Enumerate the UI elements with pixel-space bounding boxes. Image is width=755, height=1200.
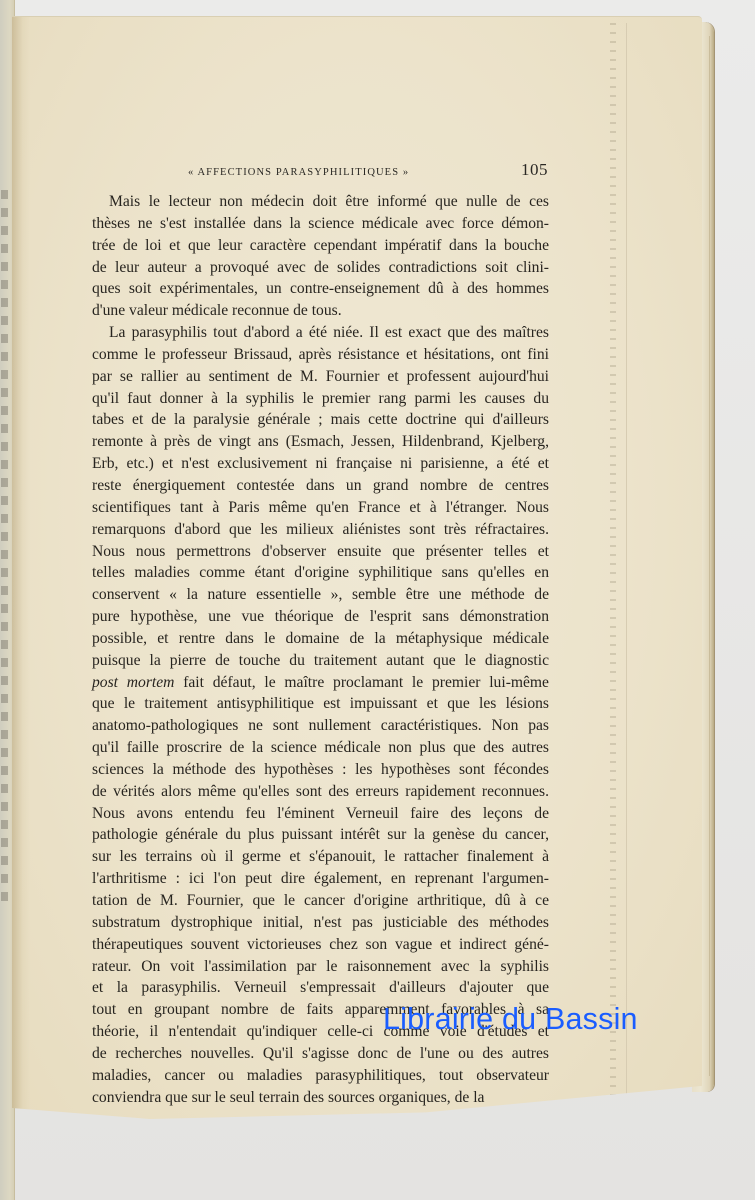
text-line: ques soit expérimentales, un contre-ense… — [92, 278, 549, 300]
text-line: pure hypothèse, une vue théorique de l'e… — [92, 606, 549, 628]
text-line: Nous nous permettrons d'observer ensuite… — [92, 541, 549, 563]
paragraph: Mais le lecteur non médecin doit être in… — [92, 191, 549, 322]
gutter-shadow — [12, 17, 30, 1119]
text-line: telles maladies comme étant d'origine sy… — [92, 562, 549, 584]
text-line: thèses ne s'est installée dans la scienc… — [92, 213, 549, 235]
text-line: sciences la méthode des hypothèses : les… — [92, 759, 549, 781]
watermark-librairie-du-bassin: Librairie du Bassin — [383, 1002, 638, 1037]
text-line: pathologie générale du plus puissant int… — [92, 824, 549, 846]
text-line: Mais le lecteur non médecin doit être in… — [92, 191, 549, 213]
text-line: et la parasyphilis. Verneuil s'empressai… — [92, 977, 549, 999]
text-line: puisque la pierre de touche du traitemen… — [92, 650, 549, 672]
text-line: d'une valeur médicale reconnue de tous. — [92, 300, 549, 322]
text-line: thérapeutiques souvent victorieuses chez… — [92, 934, 549, 956]
text-line: tation de M. Fournier, que le cancer d'o… — [92, 890, 549, 912]
text-line: trée de loi et que leur caractère cepend… — [92, 235, 549, 257]
facing-page-text-fragment — [1, 190, 8, 910]
text-line: sur les terrains où il germe et s'épanou… — [92, 846, 549, 868]
text-line: substratum dystrophique initial, n'est p… — [92, 912, 549, 934]
page-number: 105 — [521, 160, 548, 180]
text-line: que le traitement antisyphilitique est i… — [92, 693, 549, 715]
text-line: comme le professeur Brissaud, après rési… — [92, 344, 549, 366]
body-text: Mais le lecteur non médecin doit être in… — [92, 191, 549, 1108]
text-line: La parasyphilis tout d'abord a été niée.… — [92, 322, 549, 344]
text-line: anatomo-pathologiques ne sont nullement … — [92, 715, 549, 737]
running-title: « Affections parasyphilitiques » — [188, 167, 409, 178]
text-line: scientifiques tant à Paris même qu'en Fr… — [92, 497, 549, 519]
text-line: possible, et rentre dans le domaine de l… — [92, 628, 549, 650]
text-line: tabes et de la paralysie générale ; mais… — [92, 409, 549, 431]
text-line: rateur. On voit l'assimilation par le ra… — [92, 956, 549, 978]
text-line: Nous avons entendu feu l'éminent Verneui… — [92, 803, 549, 825]
text-line: de leur auteur a provoqué avec de solide… — [92, 257, 549, 279]
text-line: par se rallier au sentiment de M. Fourni… — [92, 366, 549, 388]
text-line: reste énergiquement contestée dans un gr… — [92, 475, 549, 497]
paragraph: La parasyphilis tout d'abord a été niée.… — [92, 322, 549, 1108]
text-line: remarquons d'abord que les milieux alién… — [92, 519, 549, 541]
text-line: l'arthritisme : ici l'on peut dire égale… — [92, 868, 549, 890]
text-line: conservent « la nature essentielle », se… — [92, 584, 549, 606]
deckle-edge-marks — [610, 23, 616, 1098]
text-line: de vérités alors même qu'elles sont des … — [92, 781, 549, 803]
text-line: qu'il faut donner à la syphilis le premi… — [92, 388, 549, 410]
text-line: conviendra que sur le seul terrain des s… — [92, 1087, 549, 1109]
text-line: Erb, etc.) et n'est exclusivement ni fra… — [92, 453, 549, 475]
deckle-rule — [626, 23, 627, 1098]
text-line: qu'il faille proscrire de la science méd… — [92, 737, 549, 759]
italic-phrase: post mortem — [92, 674, 174, 691]
running-head: « Affections parasyphilitiques » 105 — [188, 160, 548, 180]
text-line: maladies, cancer ou maladies parasyphili… — [92, 1065, 549, 1087]
text-line: remonte à près de vingt ans (Esmach, Jes… — [92, 431, 549, 453]
text-line: de recherches nouvelles. Qu'il s'agisse … — [92, 1043, 549, 1065]
text-line: post mortem fait défaut, le maître procl… — [92, 672, 549, 694]
